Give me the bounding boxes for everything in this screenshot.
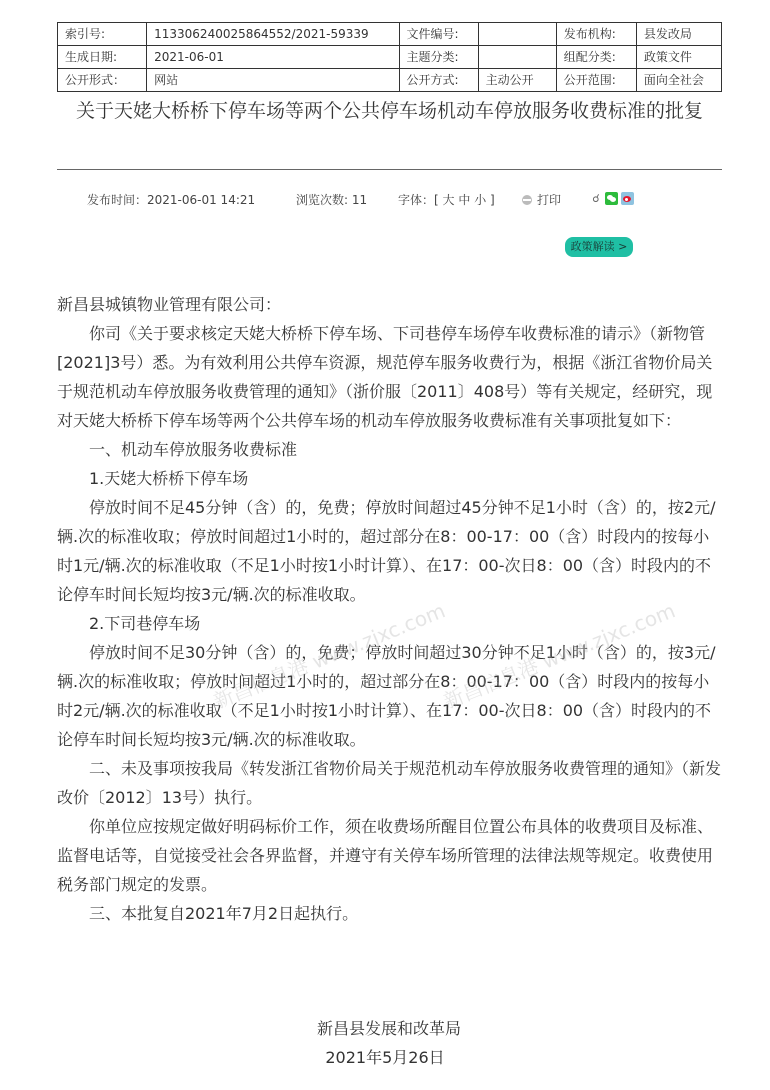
body-paragraph: 你司《关于要求核定天姥大桥桥下停车场、下司巷停车场停车收费标准的请示》（新物管[… <box>57 319 722 435</box>
meta-value-created-date: 2021-06-01 <box>147 46 399 69</box>
section-heading: 二、未及事项按我局《转发浙江省物价局关于规范机动车停放服务收费管理的通知》（新发… <box>57 754 722 812</box>
view-count: 浏览次数: 11 <box>296 192 367 208</box>
article-info-bar: 发布时间：2021-06-01 14:21 浏览次数: 11 字体：[ 大 中 … <box>0 192 770 208</box>
document-body: 新昌县城镇物业管理有限公司： 你司《关于要求核定天姥大桥桥下停车场、下司巷停车场… <box>57 290 722 928</box>
font-size-bracket: ] <box>490 193 495 207</box>
document-metadata-table: 索引号: 113306240025864552/2021-59339 文件编号:… <box>57 22 722 92</box>
font-size-large-link[interactable]: 大 <box>443 193 455 207</box>
print-label: 打印 <box>537 192 561 208</box>
font-size-small-link[interactable]: 小 <box>474 193 486 207</box>
body-paragraph: 你单位应按规定做好明码标价工作，须在收费场所醒目位置公布具体的收费项目及标准、监… <box>57 812 722 899</box>
meta-row: 索引号: 113306240025864552/2021-59339 文件编号:… <box>58 23 722 46</box>
meta-value-publisher: 县发改局 <box>636 23 721 46</box>
weibo-icon[interactable] <box>621 192 634 205</box>
share-group: ☌ <box>590 192 634 205</box>
section-heading: 一、机动车停放服务收费标准 <box>57 435 722 464</box>
meta-row: 公开形式： 网站 公开方式: 主动公开 公开范围: 面向全社会 <box>58 69 722 92</box>
font-size-medium-link[interactable]: 中 <box>458 193 470 207</box>
meta-value-topic <box>478 46 556 69</box>
section-heading: 三、本批复自2021年7月2日起执行。 <box>57 899 722 928</box>
meta-value-disclosure-method: 主动公开 <box>478 69 556 92</box>
font-size-selector: 字体：[ 大 中 小 ] <box>398 192 495 208</box>
signature-date: 2021年5月26日 <box>0 1045 770 1068</box>
meta-label: 组配分类: <box>556 46 636 69</box>
meta-label: 文件编号: <box>399 23 478 46</box>
signature-organization: 新昌县发展和改革局 <box>0 1016 770 1039</box>
publish-time: 发布时间：2021-06-01 14:21 <box>87 192 255 208</box>
meta-value-file-number <box>478 23 556 46</box>
wechat-icon[interactable] <box>605 192 618 205</box>
meta-label: 公开范围: <box>556 69 636 92</box>
meta-value-disclosure-form: 网站 <box>147 69 399 92</box>
policy-interpretation-button[interactable]: 政策解读 > <box>565 237 633 257</box>
print-icon <box>521 194 533 206</box>
subsection-heading: 1.天姥大桥桥下停车场 <box>57 464 722 493</box>
meta-value-disclosure-scope: 面向全社会 <box>636 69 721 92</box>
document-title: 关于天姥大桥桥下停车场等两个公共停车场机动车停放服务收费标准的批复 <box>57 98 722 125</box>
body-paragraph: 停放时间不足30分钟（含）的，免费；停放时间超过30分钟不足1小时（含）的，按3… <box>57 638 722 754</box>
meta-label: 索引号: <box>58 23 147 46</box>
meta-label: 公开形式： <box>58 69 147 92</box>
meta-label: 主题分类: <box>399 46 478 69</box>
share-icon[interactable]: ☌ <box>590 193 602 205</box>
meta-value-index-number: 113306240025864552/2021-59339 <box>147 23 399 46</box>
salutation: 新昌县城镇物业管理有限公司： <box>57 290 722 319</box>
meta-value-category: 政策文件 <box>636 46 721 69</box>
font-size-label: 字体：[ <box>398 193 439 207</box>
meta-label: 公开方式: <box>399 69 478 92</box>
print-button[interactable]: 打印 <box>521 192 561 208</box>
meta-label: 发布机构: <box>556 23 636 46</box>
subsection-heading: 2.下司巷停车场 <box>57 609 722 638</box>
meta-row: 生成日期: 2021-06-01 主题分类: 组配分类: 政策文件 <box>58 46 722 69</box>
meta-label: 生成日期: <box>58 46 147 69</box>
body-paragraph: 停放时间不足45分钟（含）的，免费；停放时间超过45分钟不足1小时（含）的，按2… <box>57 493 722 609</box>
title-divider <box>57 169 722 170</box>
